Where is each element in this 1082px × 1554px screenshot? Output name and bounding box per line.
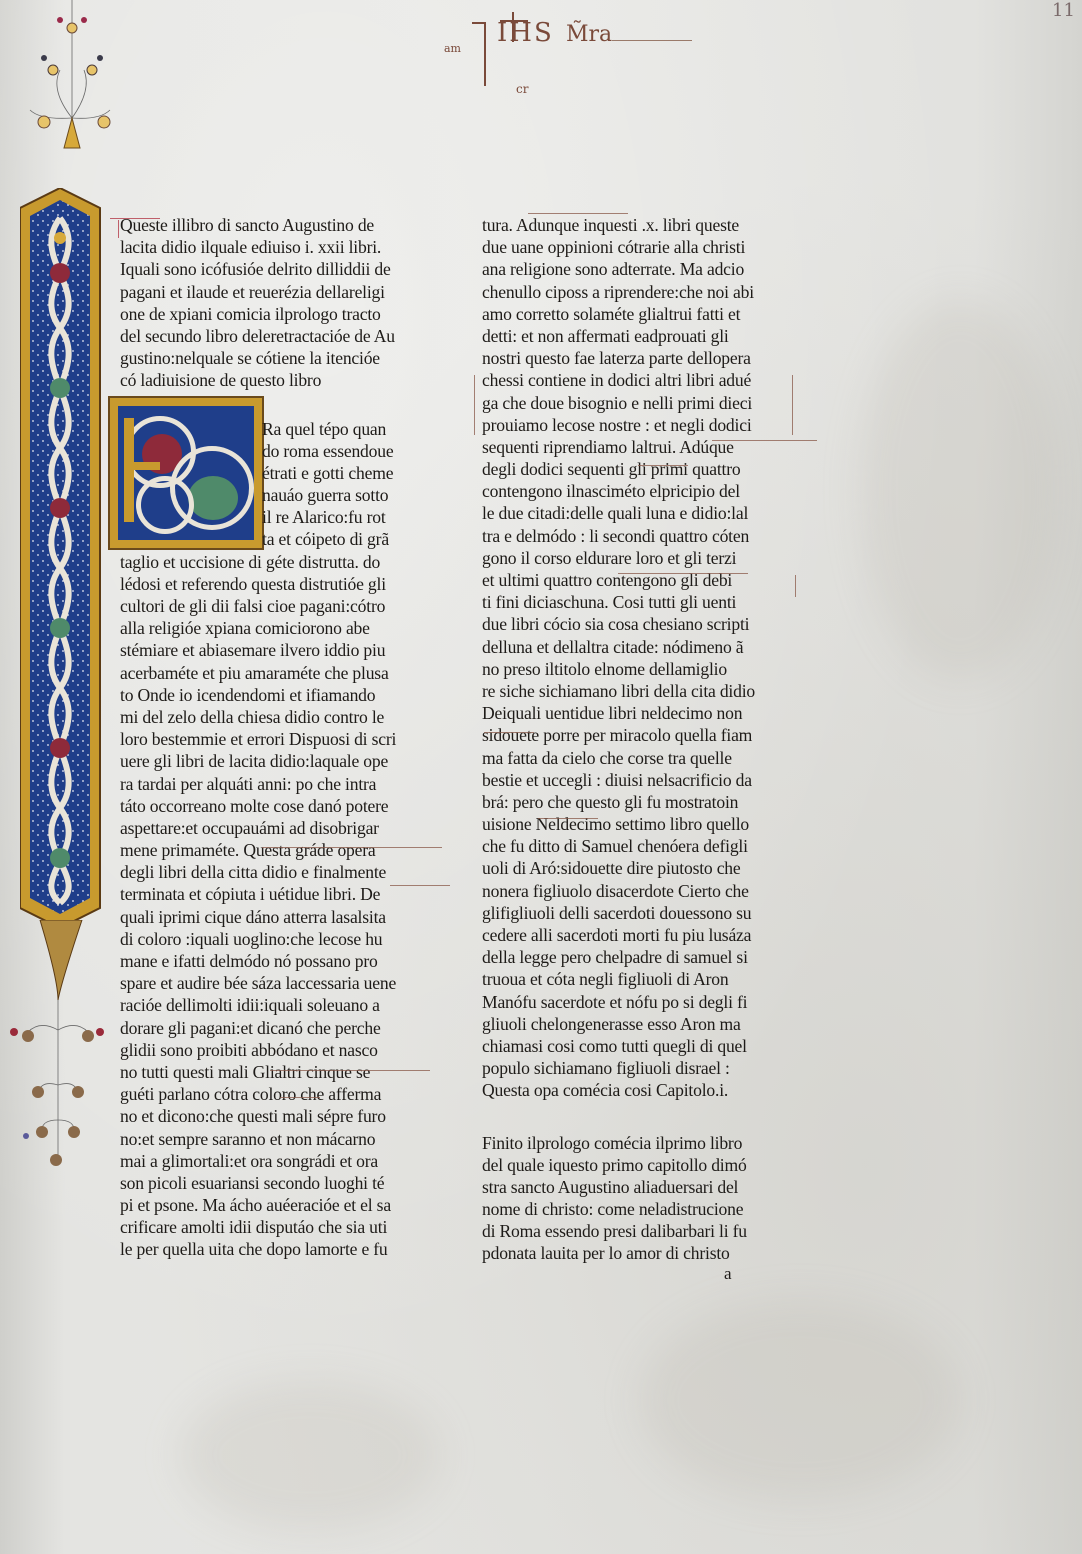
floral-spray-top-icon <box>20 0 120 200</box>
text-line: mi del zelo della chiesa didio contro le <box>120 706 430 728</box>
text-line: uere gli libri de lacita didio:laquale o… <box>120 750 430 772</box>
text-line: gustino:nelquale se cótiene la itencióe <box>120 347 430 369</box>
text-line: cedere alli sacerdoti morti fu piu lusáz… <box>482 924 787 946</box>
text-line: tra e delmódo : li secondi quattro cóten <box>482 525 787 547</box>
annotation-stroke <box>612 40 692 41</box>
text-line: do roma essendoue <box>120 440 430 462</box>
text-line: uisione Neldecimo settimo libro quello <box>482 813 787 835</box>
text-line: gliuoli chelongenerasse esso Aron ma <box>482 1013 787 1035</box>
floral-spray-bottom-icon <box>0 920 120 1180</box>
text-line: le due citadi:delle quali luna e didio:l… <box>482 502 787 524</box>
text-line: tura. Adunque inquesti .x. libri queste <box>482 214 787 236</box>
text-line: dorare gli pagani:et dicanó che perche <box>120 1017 430 1039</box>
rubric-line: stra sancto Augustino aliaduersari del <box>482 1176 787 1198</box>
text-line: detti: et non affermati eadprouati gli <box>482 325 787 347</box>
text-line: chessi contiene in dodici altri libri ad… <box>482 369 787 391</box>
paragraph-mark <box>280 1097 320 1098</box>
text-line: che fu ditto di Samuel chenóera defigli <box>482 835 787 857</box>
rubric-line: Finito ilprologo comécia ilprimo libro <box>482 1132 787 1154</box>
paper-stain <box>640 1300 960 1500</box>
text-line: acerbaméte et piu amaraméte che plusa <box>120 662 430 684</box>
text-line: Queste illibro di sancto Augustino de <box>120 214 430 236</box>
text-line: étrati e gotti cheme <box>120 462 430 484</box>
text-line: ta et cóipeto di grã <box>120 528 430 550</box>
paragraph-mark <box>795 575 796 597</box>
text-column-left: Queste illibro di sancto Augustino de la… <box>120 214 430 1261</box>
text-line: terminata et cópiuta i uétidue libri. De <box>120 883 430 905</box>
text-line: alla religióe xpiana comiciorono abe <box>120 617 430 639</box>
text-line: glifigliuoli delli sacerdoti douessono s… <box>482 902 787 924</box>
paragraph-mark <box>270 1070 430 1071</box>
text-line: no et dicono:che questi mali sépre furo <box>120 1105 430 1127</box>
text-line: mai a glimortali:et ora songrádi et ora <box>120 1150 430 1172</box>
text-line: to Onde io icendendomi et ifiamando <box>120 684 430 706</box>
text-line: spare et audire bée sáza laccessaria uen… <box>120 972 430 994</box>
spacer <box>120 392 430 418</box>
text-line: degli dodici sequenti gli primi quattro <box>482 458 787 480</box>
text-line: no:et sempre saranno et non mácarno <box>120 1128 430 1150</box>
manuscript-page: IHS M̃ra am cr 11 <box>0 0 1082 1554</box>
text-line: stémiare et abiasemare ilvero iddio piu <box>120 639 430 661</box>
paragraph-mark <box>474 375 475 435</box>
paragraph-mark <box>792 375 793 435</box>
text-line: lacita didio ilquale ediuiso i. xxii lib… <box>120 236 430 258</box>
rubric-line: nome di christo: come neladistrucione <box>482 1198 787 1220</box>
text-line: di coloro :iquali uoglino:che lecose hu <box>120 928 430 950</box>
text-line: Questa opa comécia cosi Capitolo.i. <box>482 1079 787 1101</box>
text-line: loro bestemmie et errori Dispuosi di scr… <box>120 728 430 750</box>
marginal-note-left: am <box>444 42 461 55</box>
text-line: taglio et uccisione di géte distrutta. d… <box>120 551 430 573</box>
text-line: populo sichiamano figliuoli disrael : <box>482 1057 787 1079</box>
ink-bracket-annotation <box>472 22 486 86</box>
text-line: ra tardai per alquáti anni: po che intra <box>120 773 430 795</box>
text-line: il re Alarico:fu rot <box>120 506 430 528</box>
text-line: delluna et dellaltra citade: nódimeno ã <box>482 636 787 658</box>
ihs-monogram: IHS <box>497 18 554 48</box>
text-line: mane e ifatti delmódo nó possano pro <box>120 950 430 972</box>
text-line: quali iprimi cique dáno atterra lasalsit… <box>120 906 430 928</box>
text-line: due uane oppinioni cótrarie alla christi <box>482 236 787 258</box>
text-line: della legge pero chelpadre di samuel si <box>482 946 787 968</box>
text-line: táto occorreano molte cose danó potere <box>120 795 430 817</box>
text-line: amo corretto solaméte glialtrui fatti et <box>482 303 787 325</box>
text-line: contengono ilnasciméto elpricipio del <box>482 480 787 502</box>
signature-mark: a <box>724 1264 732 1284</box>
text-line: guéti parlano cótra coloro che afferma <box>120 1083 430 1105</box>
marian-annotation: M̃ra <box>566 22 612 47</box>
paper-stain <box>180 1380 440 1530</box>
text-line: son picoli esuariansi secondo luoghi té <box>120 1172 430 1194</box>
text-line: ti fini diciaschuna. Cosi tutti gli uent… <box>482 591 787 613</box>
text-line: nauáo guerra sotto <box>120 484 430 506</box>
paragraph-mark <box>528 213 628 214</box>
text-line: aspettare:et occupauámi ad disobrigar <box>120 817 430 839</box>
text-line: no tutti questi mali Glialtri cinque se <box>120 1061 430 1083</box>
text-line: one de xpiani comicia ilprologo tracto <box>120 303 430 325</box>
text-line: uoli di Aró:sidouette dire piutosto che <box>482 857 787 879</box>
paragraph-mark <box>390 885 450 886</box>
paragraph-mark <box>538 818 598 819</box>
text-line: degli libri della citta didio e finalmen… <box>120 861 430 883</box>
text-line: Iquali sono icófusióe delrito dilliddii … <box>120 258 430 280</box>
text-line: Deiquali uentidue libri neldecimo non <box>482 702 787 724</box>
paragraph-mark <box>118 220 119 238</box>
folio-number: 11 <box>1052 0 1075 21</box>
paragraph-mark <box>484 732 534 733</box>
text-line: due libri cócio sia cosa chesiano script… <box>482 613 787 635</box>
text-line: sidouete porre per miracolo quella fiam <box>482 724 787 746</box>
text-line: nonera figliuolo disacerdote Cierto che <box>482 880 787 902</box>
text-line: re siche sichiamano libri della cita did… <box>482 680 787 702</box>
text-line: le per quella uita che dopo lamorte e fu <box>120 1238 430 1260</box>
text-line: no preso iltitolo elnome dellamiglio <box>482 658 787 680</box>
text-line: nostri questo fae laterza parte delloper… <box>482 347 787 369</box>
text-line: del secundo libro deleretractacióe de Au <box>120 325 430 347</box>
text-line: chenullo ciposs a riprendere:che noi abi <box>482 281 787 303</box>
text-line: crificare amolti idii disputáo che sia u… <box>120 1216 430 1238</box>
paragraph-mark <box>712 440 817 441</box>
text-line: ana religione sono adterrate. Ma adcio <box>482 258 787 280</box>
text-line: bestie et uccegli : diuisi nelsacrificio… <box>482 769 787 791</box>
text-line: cultori de gli dii falsi cioe pagani:cót… <box>120 595 430 617</box>
text-line: Ra quel tépo quan <box>120 418 430 440</box>
text-line: pi et psone. Ma ácho auéeracióe et el sa <box>120 1194 430 1216</box>
text-line: glidii sono proibiti abbódano et nasco <box>120 1039 430 1061</box>
paragraph-mark <box>638 465 688 466</box>
illuminated-border <box>20 188 116 928</box>
rubric-line: di Roma essendo presi dalibarbari li fu <box>482 1220 787 1242</box>
text-line: brá: pero che questo gli fu mostratoin <box>482 791 787 813</box>
text-line: pagani et ilaude et reuerézia dellarelig… <box>120 281 430 303</box>
text-line: racióe dellimolti idii:iquali soleuano a <box>120 994 430 1016</box>
text-line: prouiamo lecose nostre : et negli dodici <box>482 414 787 436</box>
text-line: Manófu sacerdote et nófu po si degli fi <box>482 991 787 1013</box>
paragraph-mark <box>110 218 160 219</box>
text-line: truoua et cóta negli figliuoli di Aron <box>482 968 787 990</box>
text-line: ga che doue bisognio e nelli primi dieci <box>482 392 787 414</box>
text-line: lédosi et referendo questa distrutióe gl… <box>120 573 430 595</box>
paragraph-mark <box>618 573 748 574</box>
text-line: mene primaméte. Questa gráde opera <box>120 839 430 861</box>
text-line: có ladiuisione de questo libro <box>120 369 430 391</box>
spacer <box>482 1102 787 1132</box>
text-line: ma fatta da cielo che corse tra quelle <box>482 747 787 769</box>
marginal-note-below: cr <box>516 82 528 96</box>
rubric-line: pdonata lauita per lo amor di christo <box>482 1242 787 1264</box>
paper-stain <box>860 300 1060 680</box>
text-line: gono il corso eldurare loro et gli terzi <box>482 547 787 569</box>
paragraph-mark <box>262 847 442 848</box>
rubric-line: del quale iquesto primo capitollo dimó <box>482 1154 787 1176</box>
text-line: chiamasi cosi como tutti quegli di quel <box>482 1035 787 1057</box>
text-column-right: tura. Adunque inquesti .x. libri queste … <box>482 214 787 1265</box>
